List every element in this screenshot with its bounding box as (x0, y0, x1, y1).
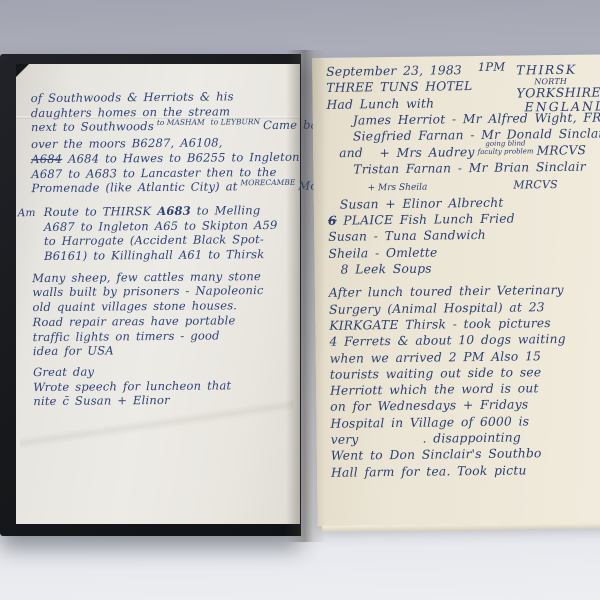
date-text: September 23, 1983 (326, 63, 462, 79)
journal-line: B6161) to Killinghall A61 to Thirsk (44, 247, 284, 264)
journal-text: . disappointing (422, 431, 521, 446)
margin-note: Am (18, 206, 36, 221)
credential-text: MRCVS (536, 144, 586, 159)
meal-line: 8 Leek Soups (340, 258, 600, 278)
scribbled-number: 6 (328, 213, 337, 228)
left-endpaper-page: of Southwoods & Herriots & his daughters… (16, 64, 300, 524)
inserted-note: + Mrs Sheila (368, 182, 428, 193)
journal-text: very (331, 432, 359, 446)
overwritten-road-number: A683 (157, 204, 191, 218)
right-diary-page: THIRSK NORTH YORKSHIRE ENGLAND September… (312, 54, 600, 526)
open-journal: of Southwoods & Herriots & his daughters… (0, 50, 600, 546)
inserted-note-line: faculty problem (478, 147, 534, 156)
front-cover-board: of Southwoods & Herriots & his daughters… (0, 54, 301, 536)
journal-text: next to Southwoods (31, 119, 154, 134)
inserted-note: to MASHAM (157, 118, 205, 127)
inserted-note: to LEYBURN (211, 118, 260, 127)
journal-text: PLAICE Fish Lunch Fried (343, 212, 515, 228)
journal-text: Promenade (like Atlantic City) at (31, 180, 237, 196)
journal-line: Promenade (like Atlantic City) atMORECAM… (31, 179, 283, 198)
time-text: 1PM (478, 60, 506, 74)
journal-text: A684 to Hawes to B6255 to Ingleton (68, 150, 300, 166)
journal-line: idea for USA (33, 342, 285, 359)
credential-text: MRCVS (513, 178, 558, 192)
inserted-note: going blindfaculty problem (477, 141, 533, 157)
inserted-note: MORECAMBE (240, 178, 295, 187)
journal-text: Route to THIRSK (44, 204, 152, 219)
crossed-out-text: A684 (31, 152, 62, 166)
journal-text: and (339, 146, 363, 160)
left-page-handwriting: of Southwoods & Herriots & his daughters… (31, 89, 286, 409)
right-page-handwriting: THIRSK NORTH YORKSHIRE ENGLAND September… (326, 60, 600, 481)
journal-text: to Melling (197, 203, 261, 218)
book-photo-scene: of Southwoods & Herriots & his daughters… (0, 0, 600, 600)
journal-line: nite c̄ Susan + Elinor (33, 392, 285, 409)
journal-line: Hall farm for tea. Took pictu (331, 461, 600, 481)
journal-text: + Mrs Audrey (379, 145, 474, 160)
